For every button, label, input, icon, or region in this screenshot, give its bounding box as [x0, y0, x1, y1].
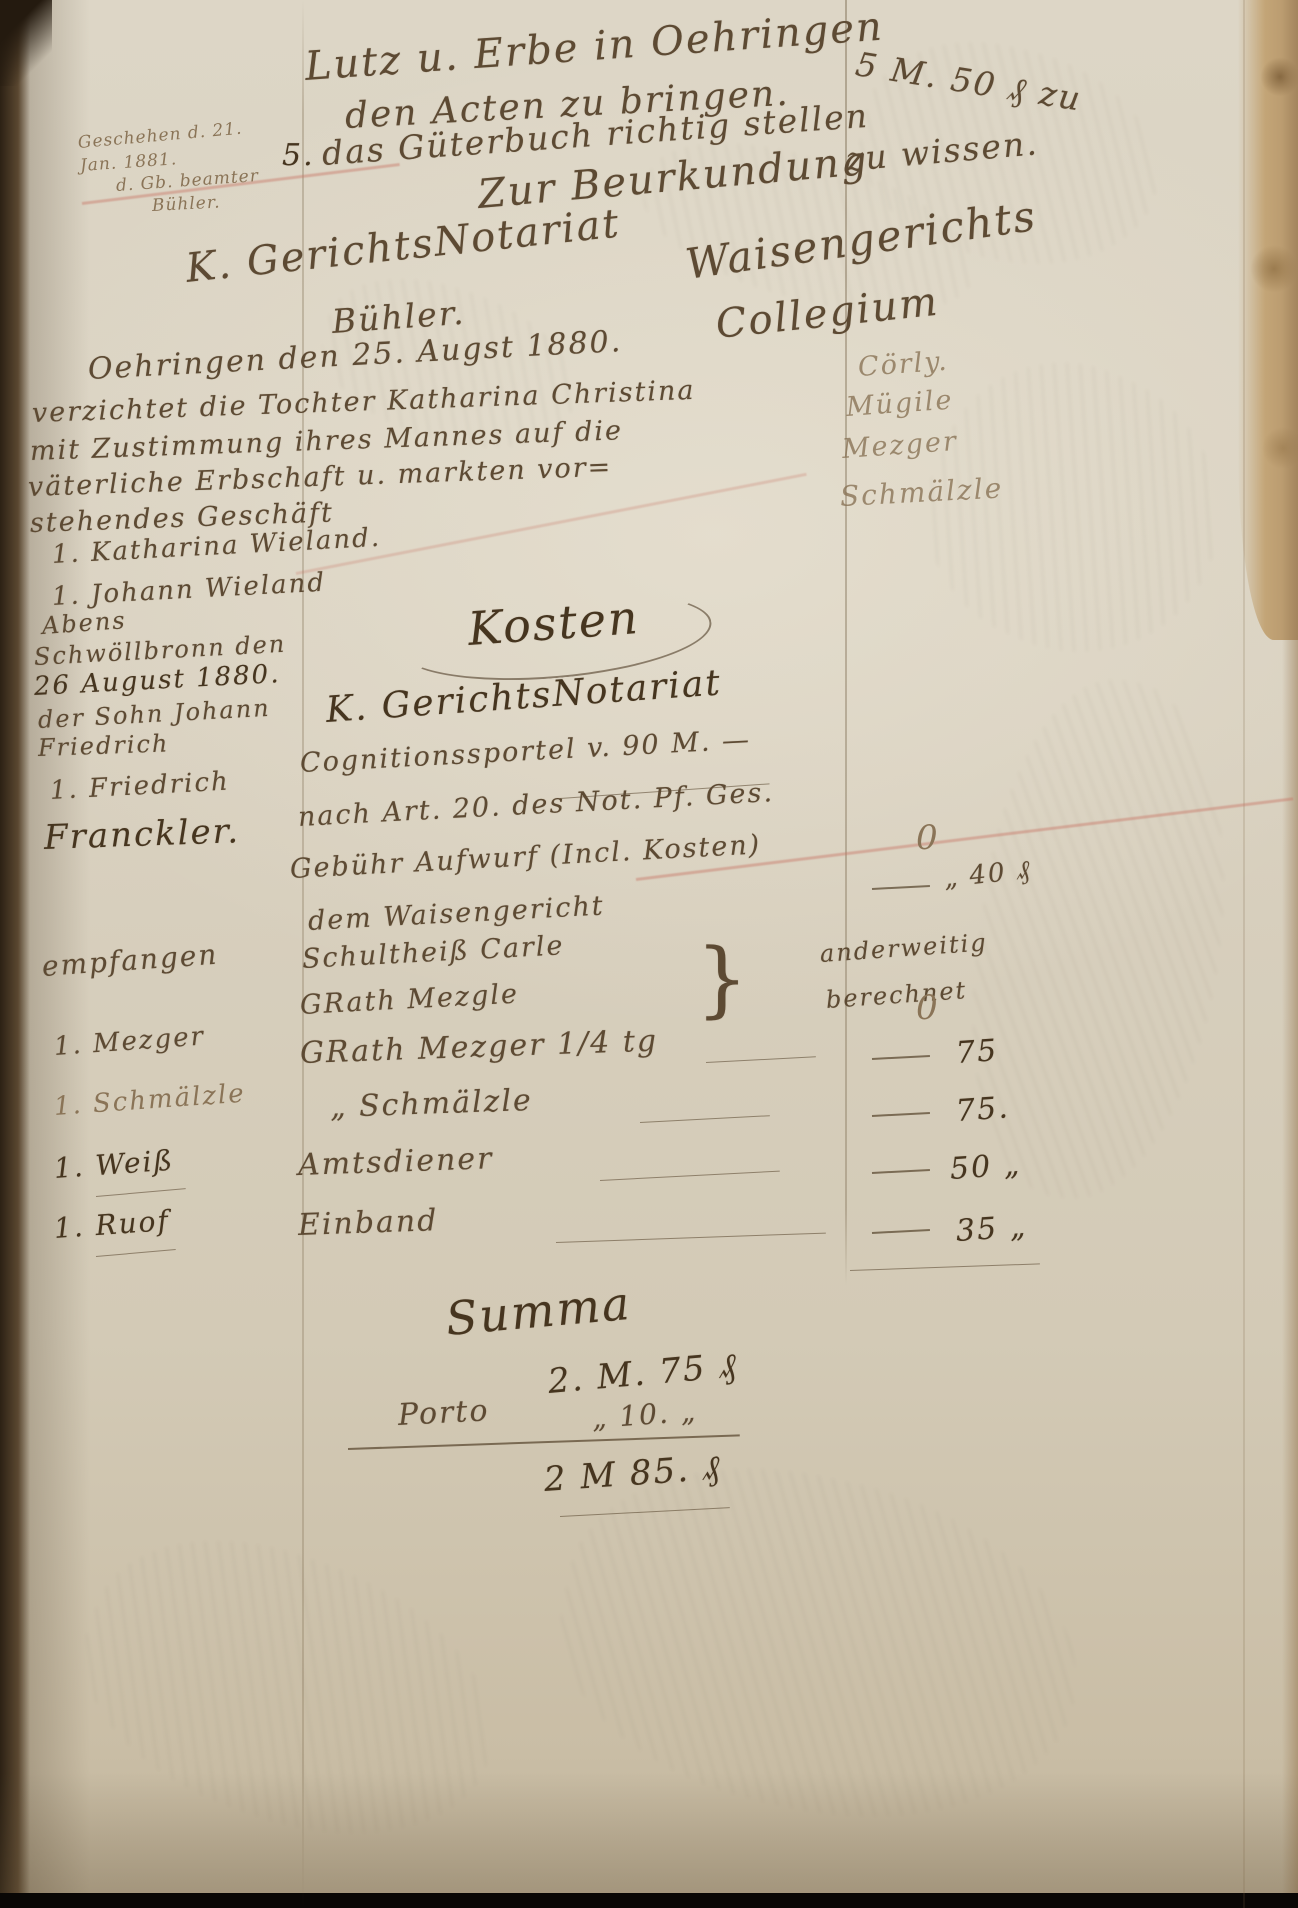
- kosten-amount: 50 „: [949, 1147, 1023, 1187]
- kosten-row: Amtsdiener: [297, 1141, 494, 1183]
- porto-underline: [348, 1434, 740, 1450]
- fill-line: [556, 1233, 826, 1243]
- ink-bleedthrough: [886, 323, 1265, 697]
- grouping-brace: }: [696, 932, 750, 1027]
- photo-bottom-edge: [0, 1893, 1298, 1908]
- registrar-note-line: Geschehen d. 21.: [77, 119, 243, 153]
- amount-dash: [872, 1055, 930, 1060]
- document-photo: Lutz u. Erbe in Oehringen 5 M. 50 ₰ zu d…: [0, 0, 1298, 1908]
- amount-dash: [872, 1229, 930, 1234]
- kosten-row: „ Schmälzle: [329, 1083, 533, 1125]
- kosten-amount: 0: [916, 818, 940, 858]
- fill-line: [706, 1056, 816, 1063]
- signature-flourish: [96, 1249, 176, 1257]
- ink-bleedthrough: [945, 666, 1255, 1214]
- kosten-amount: 35 „: [955, 1209, 1029, 1249]
- addendum-line: Abens: [41, 606, 127, 640]
- kosten-amount: 75: [955, 1033, 1000, 1071]
- fill-line: [640, 1115, 770, 1123]
- kosten-row: Einband: [297, 1203, 439, 1243]
- kosten-row: Cognitionssportel v. 90 M. —: [299, 724, 752, 779]
- received-name: 1. Ruof: [53, 1204, 171, 1245]
- signature-flourish: [96, 1188, 186, 1197]
- corner-shadow: [0, 0, 52, 86]
- kosten-amount: 75.: [955, 1090, 1011, 1129]
- kosten-row: Schultheiß Carle: [301, 930, 565, 975]
- item-number: 5.: [282, 138, 315, 173]
- kosten-row: Gebühr Aufwurf (Incl. Kosten): [289, 829, 762, 885]
- office-signature-right-2: Collegium: [714, 279, 942, 348]
- amount-column-bottom-line: [850, 1263, 1040, 1271]
- binding-gutter: [0, 0, 30, 1908]
- amount-dash: [872, 1169, 930, 1174]
- fill-line: [600, 1171, 780, 1181]
- page-right-edge: [1282, 0, 1298, 1908]
- fold-crease-right: [1243, 0, 1245, 1908]
- received-name: 1. Weiß: [53, 1144, 175, 1185]
- summary-subtotal: 2. M. 75 ₰: [546, 1345, 740, 1401]
- porto-amount: „ 10. „: [591, 1395, 698, 1435]
- porto-label: Porto: [397, 1393, 490, 1433]
- council-name: Cörly.: [857, 346, 950, 383]
- addendum-line: Friedrich: [38, 729, 170, 762]
- registrar-note-line: Bühler.: [151, 192, 221, 216]
- signature-franckler: Franckler.: [43, 811, 240, 858]
- amount-dash: [872, 1112, 930, 1117]
- kosten-amount: 0: [916, 988, 940, 1028]
- kosten-row: GRath Mezgle: [299, 979, 520, 1021]
- signer-name: 1. Johann Wieland: [51, 568, 327, 612]
- kosten-row: GRath Mezger 1/4 tg: [299, 1024, 658, 1071]
- amount-dash: [872, 885, 930, 890]
- header-line-1: Lutz u. Erbe in Oehringen: [303, 4, 885, 90]
- council-name: Mügile: [845, 385, 954, 423]
- kosten-row: nach Art. 20. des Not. Pf. Ges.: [297, 777, 774, 833]
- summary-label: Summa: [444, 1276, 634, 1346]
